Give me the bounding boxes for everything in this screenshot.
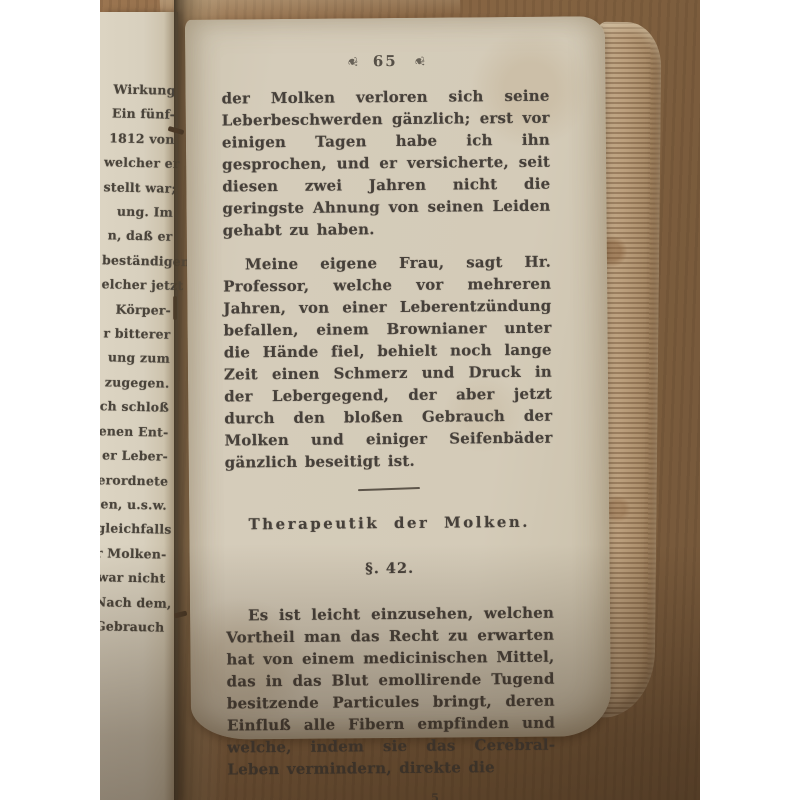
paragraph-continuation: der Molken verloren sich seine Leberbesc…: [221, 85, 550, 242]
left-page-text-fragment: ch schloß: [100, 395, 169, 421]
left-page-text-fragment: beständigen: [102, 248, 172, 274]
right-page: ❦ 65 ❦ der Molken verloren sich seine Le…: [185, 16, 611, 740]
left-page-text-fragment: ung. Im: [103, 199, 173, 225]
binding-thread: [173, 296, 177, 320]
paragraph-anecdote: Meine eigene Frau, sagt Hr. Professor, w…: [223, 251, 553, 474]
section-divider-rule: [358, 487, 420, 491]
fleuron-icon: ❦: [344, 56, 359, 67]
left-page-text-fragment: zugegen.: [100, 370, 170, 396]
left-page-text-fragment: 1812 von: [104, 126, 174, 152]
left-page-text-fragment: war nicht: [100, 565, 166, 591]
left-page-text-fragment: en, u.s.w.: [100, 492, 167, 518]
left-page-text-fragment: stellt war;: [103, 175, 173, 201]
left-page-text-fragment: Gebrauch: [100, 614, 165, 640]
section-number: §. 42.: [226, 559, 554, 579]
left-page-text-fragment: Körper-: [101, 297, 171, 323]
left-page-text-fragment: erordnete: [100, 468, 168, 494]
left-page-text-fragment: r Molken-: [100, 541, 166, 567]
section-heading: Therapeutik der Molken.: [225, 513, 553, 534]
signature-mark: 5: [431, 790, 556, 800]
left-page-text-fragment: r bitterer: [100, 321, 170, 347]
book-photo: WirkungEin fünf-1812 vonwelcher erstellt…: [100, 0, 700, 800]
page-header: ❦ 65 ❦: [221, 51, 549, 72]
left-page-text-fragment: er Leber-: [100, 443, 168, 469]
left-page-text-fragment: welcher er: [104, 151, 174, 177]
left-page: WirkungEin fünf-1812 vonwelcher erstellt…: [100, 12, 178, 800]
paragraph-section-42: Es ist leicht einzusehen, welchen Vorthe…: [226, 602, 556, 781]
left-page-text-fragment: n, daß er: [102, 224, 172, 250]
left-page-text-fragment: elcher jetzt: [101, 273, 171, 299]
screenshot-canvas: WirkungEin fünf-1812 vonwelcher erstellt…: [0, 0, 800, 800]
page-number: 65: [373, 52, 398, 70]
left-page-text-fragment: gleichfalls: [100, 517, 167, 543]
left-page-text-fragment: Ein fünf-: [105, 102, 175, 128]
left-page-text-fragment: ung zum: [100, 346, 170, 372]
fleuron-icon: ❦: [412, 55, 427, 66]
left-page-text-fragment: Wirkung: [105, 77, 175, 103]
left-page-text-fragment: Nach dem,: [100, 590, 165, 616]
left-page-text-fragment: enen Ent-: [100, 419, 169, 445]
left-page-fragments: WirkungEin fünf-1812 vonwelcher erstellt…: [100, 77, 176, 640]
